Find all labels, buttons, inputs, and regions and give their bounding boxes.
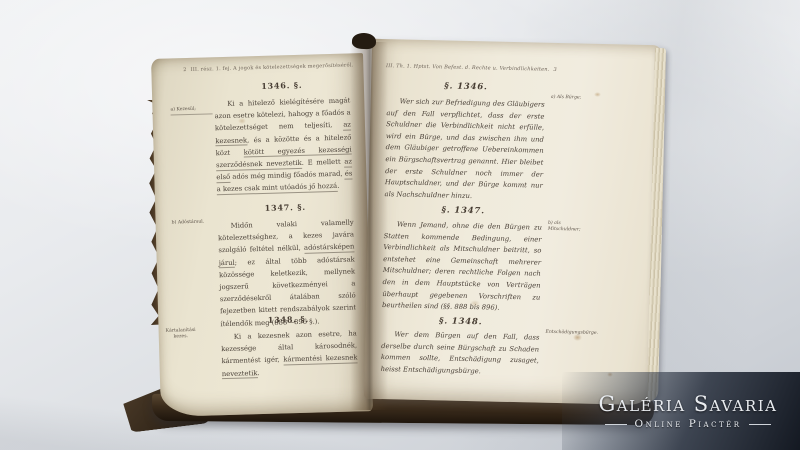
- left-running-header-text: III. rész. 1. fej. A jogok és kötelezett…: [191, 62, 354, 73]
- left-paragraph-1346: Ki a hitelező kielégítésére magát azon e…: [214, 94, 353, 195]
- watermark-galeria-savaria: Galéria Savaria Online Piactér: [562, 372, 800, 450]
- right-margin-note-1347: b) als Mitschuldner;: [548, 221, 590, 234]
- right-section-heading-1346: §. 1346.: [387, 80, 545, 94]
- text-segment: adós még mindig főadós marad,: [230, 170, 345, 181]
- right-margin-note-1346: a) Als Bürge;: [551, 95, 621, 103]
- left-margin-note-1348: Kártalanítási kezes.: [162, 328, 200, 341]
- watermark-subtitle-row: Online Piactér: [605, 418, 770, 430]
- left-paragraph-1348: Ki a kezesnek azon esetre, ha kezessége …: [221, 327, 358, 380]
- right-running-header: III. Th. 1. Hptst. Von Befest. d. Rechte…: [385, 63, 557, 73]
- right-page: III. Th. 1. Hptst. Von Befest. d. Rechte…: [364, 39, 662, 405]
- watermark-title: Galéria Savaria: [599, 392, 778, 416]
- watermark-subtitle: Online Piactér: [634, 418, 741, 430]
- text-segment: Ki a hitelező kielégítésére magát azon e…: [215, 96, 351, 132]
- left-running-header: 2 III. rész. 1. fej. A jogok és köteleze…: [187, 62, 349, 73]
- text-segment: Wenn Jemand, ohne die den Bürgen zu Stat…: [382, 220, 542, 312]
- right-paragraph-1348: Wer dem Bürgen auf den Fall, dass dersel…: [380, 329, 539, 379]
- right-page-number: 3: [553, 67, 557, 73]
- left-page-number: 2: [183, 67, 187, 73]
- text-segment: . E mellett: [302, 158, 345, 167]
- right-running-header-text: III. Th. 1. Hptst. Von Befest. d. Rechte…: [386, 63, 550, 73]
- text-segment: Wer dem Bürgen auf den Fall, dass dersel…: [381, 330, 540, 375]
- spine-top: [352, 33, 377, 50]
- left-section-heading-1346: 1346. §.: [214, 78, 350, 92]
- left-margin-note-1346: a) Kezesül;: [170, 106, 212, 115]
- left-margin-note-1347: b) Adóstársul.: [172, 219, 216, 226]
- text-segment: .: [337, 182, 339, 190]
- right-section-heading-1347: §. 1347.: [384, 204, 542, 218]
- left-page: 2 III. rész. 1. fej. A jogok és köteleze…: [151, 53, 373, 417]
- right-paragraph-1347: Wenn Jemand, ohne die den Bürgen zu Stat…: [382, 219, 542, 315]
- watermark-dash-left: [605, 424, 627, 425]
- text-segment: Wer sich zur Befriedigung des Gläubigers…: [385, 97, 545, 199]
- left-section-heading-1347: 1347. §.: [217, 200, 353, 214]
- watermark-dash-right: [749, 424, 771, 425]
- photo-scene: 2 III. rész. 1. fej. A jogok és köteleze…: [0, 0, 800, 450]
- text-segment: .: [257, 369, 259, 377]
- right-section-heading-1348: §. 1348.: [382, 315, 540, 329]
- right-paragraph-1346: Wer sich zur Befriedigung des Gläubigers…: [384, 96, 544, 204]
- right-margin-note-1348: Entschädigungsbürge.: [545, 330, 593, 337]
